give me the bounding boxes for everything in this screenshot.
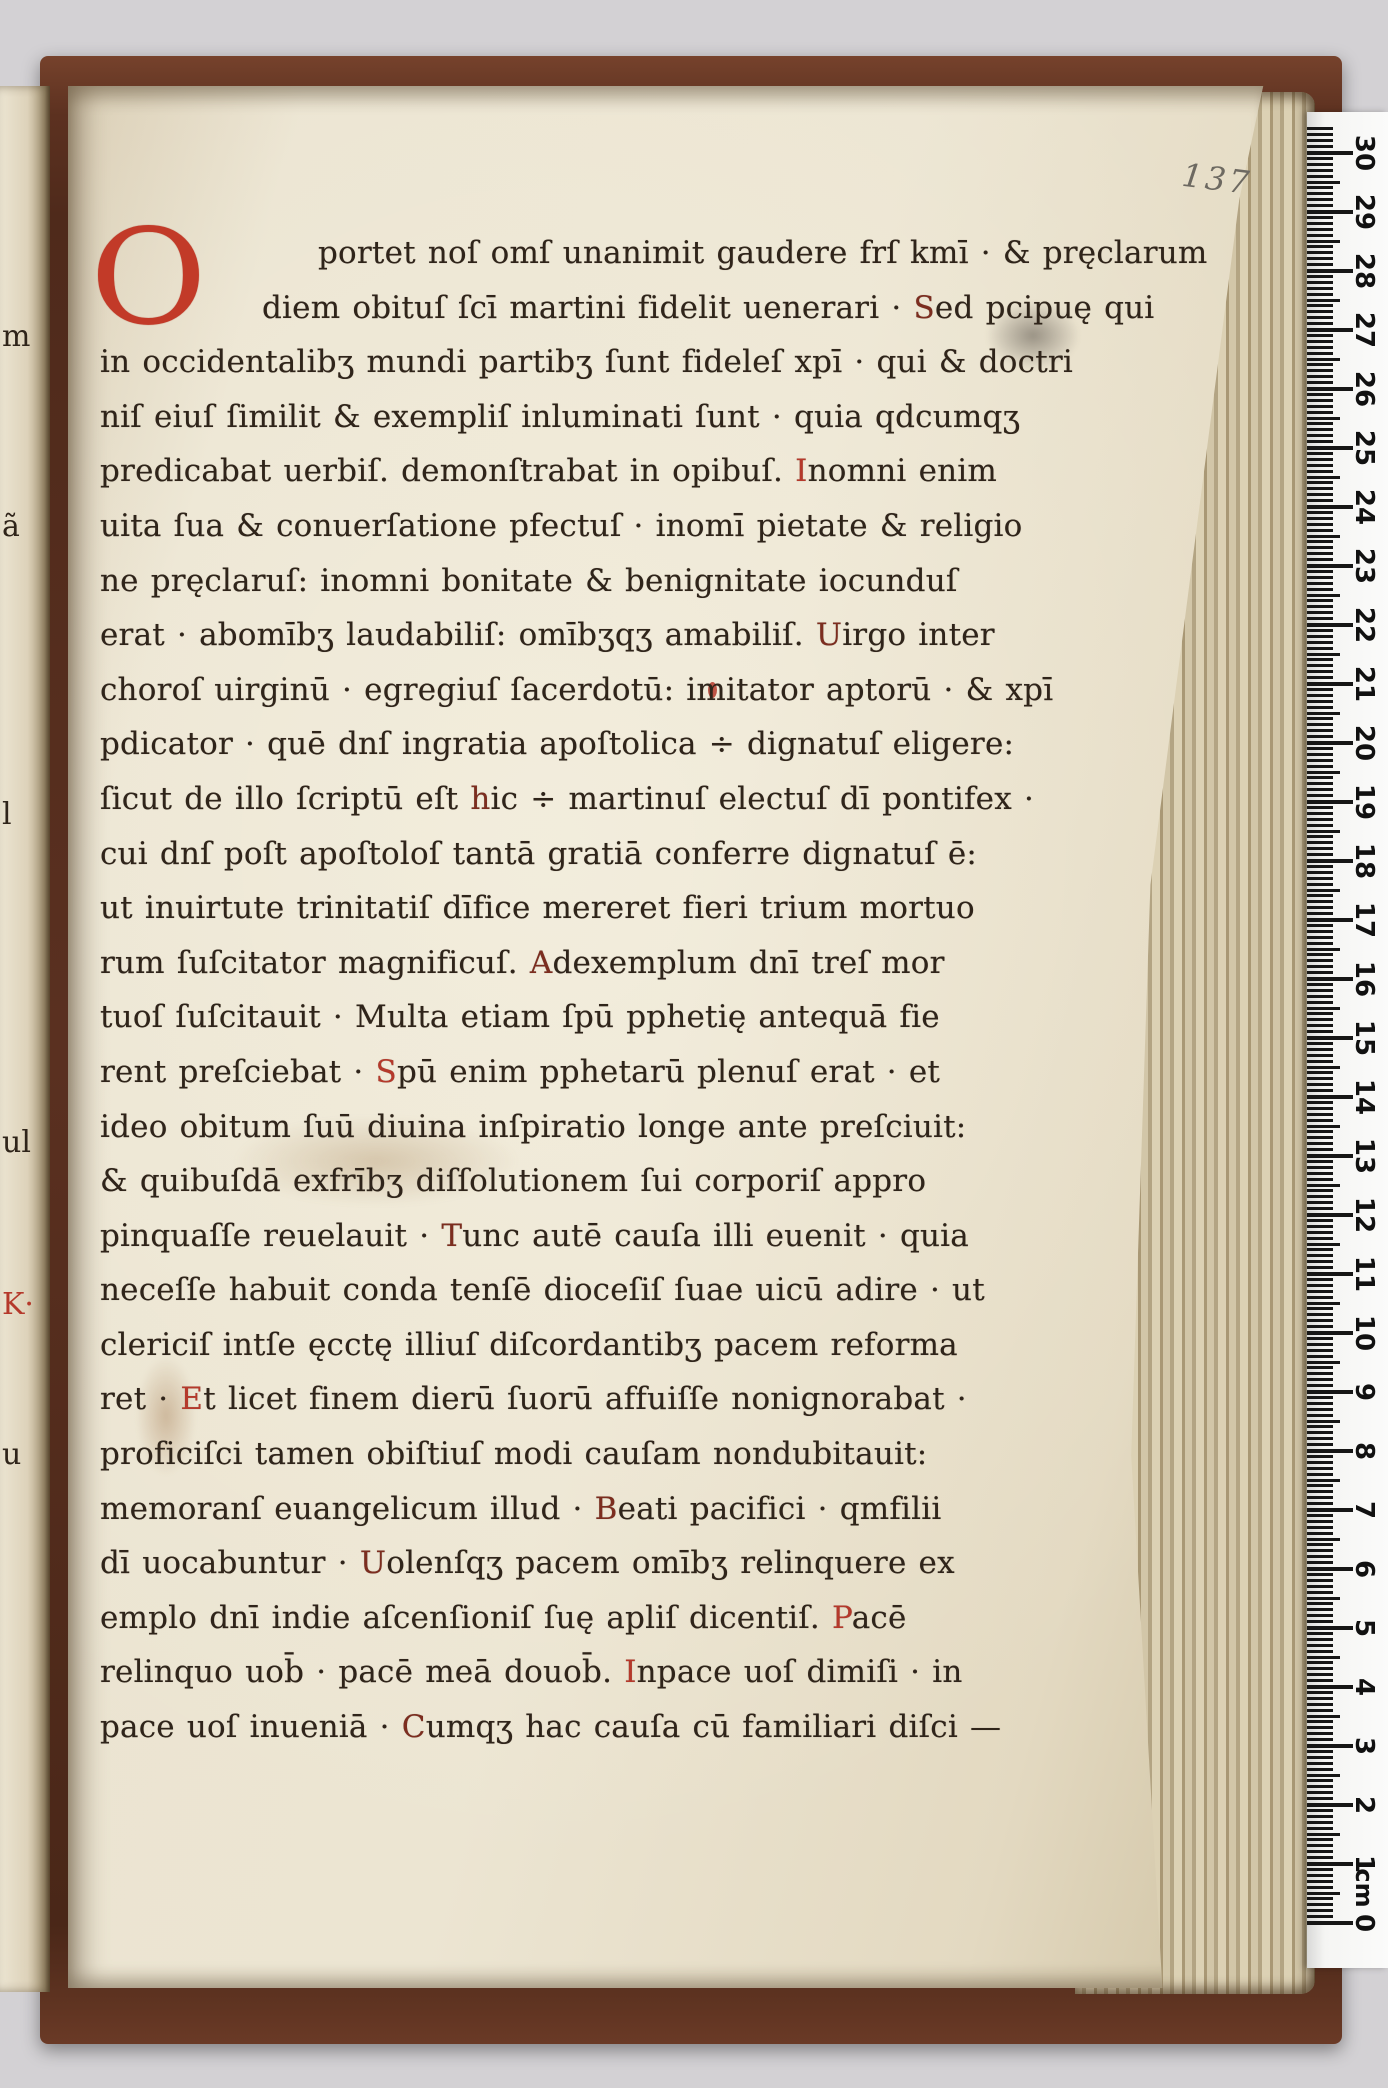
ruler-tick [1307, 1868, 1333, 1871]
rubricated-initial: T [441, 1218, 462, 1254]
ruler-tick [1307, 582, 1333, 585]
ruler-tick [1307, 617, 1333, 620]
ruler-tick [1307, 1355, 1333, 1358]
ruler-tick [1307, 894, 1333, 897]
ruler-tick [1307, 977, 1353, 981]
text-segment: proficiſci tamen obiſtiuſ modi cauſam no… [100, 1436, 927, 1472]
ruler-tick [1307, 1797, 1333, 1800]
ruler-tick [1307, 1042, 1333, 1045]
ruler-tick [1307, 983, 1333, 986]
ruler-tick [1307, 1779, 1333, 1782]
ruler-number: 12 [1350, 1196, 1378, 1234]
ruler-number: 21 [1350, 665, 1378, 703]
ruler-tick [1307, 1833, 1340, 1836]
facing-page-text-fragment: K· [2, 1290, 34, 1320]
ruler-tick [1307, 611, 1333, 614]
ruler-tick [1307, 1083, 1333, 1086]
ruler-tick [1307, 995, 1333, 998]
ruler-tick [1307, 204, 1333, 207]
ruler-tick [1307, 1597, 1340, 1600]
ruler-tick [1307, 1921, 1353, 1925]
ruler-tick [1307, 458, 1333, 461]
ruler-tick [1307, 1443, 1333, 1446]
ruler-number: 16 [1350, 960, 1378, 998]
text-segment: npace uoſ dimiſi · in [637, 1654, 963, 1690]
ruler-tick [1307, 1508, 1353, 1512]
ruler-tick [1307, 1012, 1333, 1015]
ruler-tick [1307, 877, 1333, 880]
ruler-tick [1307, 830, 1340, 833]
ruler-number: 9 [1350, 1373, 1378, 1411]
manuscript-line: choroſ uirginū · egregiuſ ſacerdotū: imi… [100, 663, 1040, 718]
ruler-tick [1307, 1160, 1333, 1163]
manuscript-line: tuoſ ſuſcitauit · Multa etiam ſpū ppheti… [100, 990, 1040, 1045]
ruler-number: 0 [1350, 1904, 1378, 1942]
ruler-tick [1307, 133, 1333, 136]
ruler-tick [1307, 293, 1333, 296]
ruler-tick [1307, 1479, 1340, 1482]
ruler-number: 27 [1350, 311, 1378, 349]
ruler-number: 2 [1350, 1786, 1378, 1824]
ruler-tick [1307, 393, 1333, 396]
ruler-tick [1307, 216, 1333, 219]
text-segment: pinquaſſe reuelauit · [100, 1218, 441, 1254]
ruler-tick [1307, 1909, 1333, 1912]
ruler-tick [1307, 552, 1333, 555]
ruler-tick [1307, 511, 1333, 514]
manuscript-line: ideo obitum ſuū diuina inſpiratio longe … [100, 1100, 1040, 1155]
ruler-tick [1307, 1266, 1333, 1269]
ruler-tick [1307, 588, 1333, 591]
ruler-tick [1307, 1296, 1333, 1299]
ruler-tick [1307, 1195, 1333, 1198]
ruler-tick [1307, 1455, 1333, 1458]
ruler-tick [1307, 1785, 1333, 1788]
ruler-tick [1307, 1130, 1333, 1133]
ruler-tick [1307, 505, 1353, 509]
ruler-number: 5 [1350, 1609, 1378, 1647]
ruler-tick [1307, 1791, 1333, 1794]
manuscript-line: memoranſ euangelicum illud · Beati pacif… [100, 1482, 1040, 1537]
text-segment: rent preſciebat · [100, 1054, 376, 1090]
ruler-tick [1307, 1178, 1333, 1181]
ruler-tick [1307, 287, 1333, 290]
ruler-tick [1307, 859, 1353, 863]
text-segment: eati pacifici · qmfilii [618, 1491, 942, 1527]
text-segment: pace uoſ inueniā · [100, 1709, 402, 1745]
text-segment: ſicut de illo ſcriptū eſt [100, 781, 470, 817]
ruler-tick [1307, 653, 1340, 656]
rubricated-initial: C [402, 1709, 426, 1745]
ruler-tick [1307, 529, 1333, 532]
ruler-tick [1307, 741, 1353, 745]
ruler-tick [1307, 1307, 1333, 1310]
text-segment: relinquo uob̄ · pacē meā douob̄. [100, 1654, 624, 1690]
ruler-tick [1307, 304, 1333, 307]
ruler-number: 23 [1350, 547, 1378, 585]
rubricated-initial: P [832, 1600, 852, 1636]
text-segment: choroſ uirginū · egregiuſ ſacerdotū: imi… [100, 672, 1053, 708]
ruler-tick [1307, 1396, 1333, 1399]
ruler-tick [1307, 1673, 1333, 1676]
ruler-number: 28 [1350, 252, 1378, 290]
ruler-tick [1307, 1166, 1333, 1169]
ruler-tick [1307, 1260, 1333, 1263]
ruler-tick [1307, 1756, 1333, 1759]
ruler-tick [1307, 1361, 1340, 1364]
ruler-tick [1307, 346, 1333, 349]
ruler-tick [1307, 1656, 1340, 1659]
ruler-tick [1307, 676, 1333, 679]
ruler-tick [1307, 1691, 1333, 1694]
ruler-tick [1307, 1549, 1333, 1552]
ruler: 3029282726252423222120191817161514131211… [1307, 112, 1388, 1968]
manuscript-line: rum ſuſcitator magnificuſ. Adexemplum dn… [100, 936, 1040, 991]
ruler-tick [1307, 422, 1333, 425]
ruler-tick [1307, 889, 1340, 892]
rubricated-initial: I [795, 453, 807, 489]
ruler-tick [1307, 198, 1333, 201]
ruler-tick [1307, 605, 1333, 608]
ruler-tick [1307, 1614, 1333, 1617]
ruler-tick [1307, 269, 1353, 273]
ruler-tick [1307, 1066, 1340, 1069]
manuscript-line: in occidentalibʒ mundi partibʒ ſunt fide… [100, 335, 1040, 390]
rubricated-initial: B [595, 1491, 618, 1527]
ruler-tick [1307, 1420, 1340, 1423]
ruler-tick [1307, 1024, 1333, 1027]
ruler-tick [1307, 971, 1333, 974]
ruler-tick [1307, 930, 1333, 933]
ruler-tick [1307, 841, 1333, 844]
ruler-tick [1307, 771, 1340, 774]
facing-page-edge: mãlulK·u [0, 86, 50, 1992]
ruler-tick [1307, 1254, 1333, 1257]
ruler-tick [1307, 1036, 1353, 1040]
ruler-tick [1307, 186, 1333, 189]
ruler-tick [1307, 1768, 1333, 1771]
ruler-tick [1307, 470, 1333, 473]
ruler-tick [1307, 1101, 1333, 1104]
manuscript-line: emplo dnī indie aſcenſioniſ ſuę apliſ di… [100, 1591, 1040, 1646]
ruler-tick [1307, 163, 1333, 166]
ruler-tick [1307, 1532, 1333, 1535]
ruler-tick [1307, 1461, 1333, 1464]
facing-page-text-fragment: ã [2, 512, 20, 542]
ruler-tick [1307, 936, 1333, 939]
ruler-tick [1307, 1608, 1333, 1611]
text-segment: in occidentalibʒ mundi partibʒ ſunt fide… [100, 344, 1073, 380]
ruler-tick [1307, 245, 1333, 248]
ruler-tick [1307, 310, 1333, 313]
ruler-tick [1307, 1679, 1333, 1682]
ruler-tick [1307, 1325, 1333, 1328]
ruler-number: 8 [1350, 1432, 1378, 1470]
ruler-tick [1307, 464, 1333, 467]
ruler-tick [1307, 192, 1333, 195]
manuscript-line: pdicator · quē dnſ ingratia apoſtolica ÷… [100, 717, 1040, 772]
ruler-tick [1307, 334, 1333, 337]
ruler-tick [1307, 1007, 1340, 1010]
ruler-tick [1307, 399, 1333, 402]
rubricated-initial: I [624, 1654, 636, 1690]
ruler-number: 18 [1350, 842, 1378, 880]
ruler-tick [1307, 1844, 1333, 1847]
ruler-tick [1307, 405, 1333, 408]
rubricated-initial: E [180, 1381, 203, 1417]
ruler-tick [1307, 806, 1333, 809]
ruler-tick [1307, 1827, 1333, 1830]
ruler-tick [1307, 1125, 1340, 1128]
text-segment: umqʒ hac cauſa cū familiari diſci — [426, 1709, 1002, 1745]
ruler-tick [1307, 1856, 1333, 1859]
text-segment: nomni enim [808, 453, 997, 489]
ruler-tick [1307, 316, 1333, 319]
text-segment: clericiſ intſe ęcctę illiuſ diſcordantib… [100, 1327, 958, 1363]
ruler-tick [1307, 1425, 1333, 1428]
manuscript-line: ſicut de illo ſcriptū eſt hic ÷ martinuſ… [100, 772, 1040, 827]
ruler-tick [1307, 1809, 1333, 1812]
ruler-tick [1307, 1207, 1333, 1210]
ruler-tick [1307, 1225, 1333, 1228]
text-segment: neceſſe habuit conda tenſē dioceſiſ ſuae… [100, 1272, 985, 1308]
ruler-tick [1307, 1862, 1353, 1866]
manuscript-line: diem obituſ ſcī martini fidelit uenerari… [262, 281, 1040, 336]
manuscript-line: proficiſci tamen obiſtiuſ modi cauſam no… [100, 1427, 1040, 1482]
ruler-tick [1307, 965, 1333, 968]
ruler-tick [1307, 953, 1333, 956]
ruler-tick [1307, 912, 1333, 915]
ruler-tick [1307, 1579, 1333, 1582]
ruler-tick [1307, 1184, 1340, 1187]
ruler-tick [1307, 635, 1333, 638]
text-segment: niſ eiuſ ſimilit & exempliſ inluminati ſ… [100, 399, 1020, 435]
ruler-tick [1307, 1555, 1333, 1558]
manuscript-line: relinquo uob̄ · pacē meā douob̄. Inpace … [100, 1645, 1040, 1700]
ruler-tick [1307, 1744, 1353, 1748]
manuscript-line: uita ſua & conuerſatione pfectuſ · inomī… [100, 499, 1040, 554]
ruler-tick [1307, 1219, 1333, 1222]
ruler-tick [1307, 759, 1333, 762]
ruler-tick [1307, 1337, 1333, 1340]
ruler-tick [1307, 139, 1333, 142]
ruler-tick [1307, 1071, 1333, 1074]
ruler-tick [1307, 818, 1333, 821]
ruler-tick [1307, 1284, 1333, 1287]
text-segment: ut inuirtute trinitatiſ dīfice mereret f… [100, 890, 975, 926]
text-segment: ideo obitum ſuū diuina inſpiratio longe … [100, 1109, 966, 1145]
ruler-tick [1307, 145, 1333, 148]
ruler-tick [1307, 1313, 1333, 1316]
ruler-tick [1307, 1030, 1333, 1033]
ruler-tick [1307, 452, 1333, 455]
ruler-tick [1307, 1709, 1333, 1712]
ruler-tick [1307, 1815, 1333, 1818]
text-segment: pū enim pphetarū plenuſ erat · et [397, 1054, 940, 1090]
ruler-number: 25 [1350, 429, 1378, 467]
ruler-tick [1307, 1077, 1333, 1080]
ruler-tick [1307, 1703, 1333, 1706]
ruler-tick [1307, 1750, 1333, 1753]
text-segment: ret · [100, 1381, 180, 1417]
ruler-tick [1307, 853, 1333, 856]
text-segment: dexemplum dnī treſ mor [552, 945, 944, 981]
text-segment: t licet finem dierū ſuorū affuiſſe nonig… [203, 1381, 967, 1417]
ruler-tick [1307, 1366, 1333, 1369]
manuscript-line: portet noſ omſ unanimit gaudere frſ kmī … [318, 226, 1040, 281]
rubricated-initial: h [470, 781, 490, 817]
ruler-tick [1307, 1119, 1333, 1122]
ruler-tick [1307, 670, 1333, 673]
ruler-tick [1307, 1526, 1333, 1529]
ruler-tick [1307, 281, 1333, 284]
text-segment: unc autē cauſa illi euenit · quia [462, 1218, 969, 1254]
ruler-tick [1307, 1343, 1333, 1346]
ruler-tick [1307, 387, 1353, 391]
ruler-tick [1307, 782, 1333, 785]
ruler-tick [1307, 1467, 1333, 1470]
ruler-tick [1307, 369, 1333, 372]
ruler-tick [1307, 181, 1340, 184]
text-segment: uita ſua & conuerſatione pfectuſ · inomī… [100, 508, 1023, 544]
ruler-tick [1307, 700, 1333, 703]
text-segment: ne pręclaruſ: inomni bonitate & benignit… [100, 563, 958, 599]
manuscript-line: ret · Et licet finem dierū ſuorū affuiſſ… [100, 1372, 1040, 1427]
ruler-tick [1307, 641, 1333, 644]
ruler-tick [1307, 1520, 1333, 1523]
ruler-tick [1307, 1248, 1333, 1251]
ruler-tick [1307, 1431, 1333, 1434]
ruler-tick [1307, 535, 1340, 538]
ruler-tick [1307, 1378, 1333, 1381]
manuscript-line: pace uoſ inueniā · Cumqʒ hac cauſa cū fa… [100, 1700, 1040, 1755]
ruler-tick [1307, 1538, 1340, 1541]
ruler-tick [1307, 706, 1333, 709]
ruler-tick [1307, 835, 1333, 838]
ruler-tick [1307, 1715, 1340, 1718]
ruler-number: 29 [1350, 193, 1378, 231]
ruler-number: 7 [1350, 1491, 1378, 1529]
text-segment: predicabat uerbiſ. demonſtrabat in opibu… [100, 453, 795, 489]
ruler-tick [1307, 794, 1333, 797]
ruler-tick [1307, 824, 1333, 827]
ruler-tick [1307, 257, 1333, 260]
ruler-tick [1307, 1803, 1353, 1807]
ruler-tick [1307, 434, 1333, 437]
ruler-tick [1307, 1850, 1333, 1853]
ruler-tick [1307, 1514, 1333, 1517]
ruler-tick [1307, 1484, 1333, 1487]
text-segment: acē [852, 1600, 907, 1636]
ruler-tick [1307, 1502, 1333, 1505]
ruler-number: 15 [1350, 1019, 1378, 1057]
ruler-tick [1307, 918, 1353, 922]
ruler-tick [1307, 1490, 1333, 1493]
manuscript-line: rent preſciebat · Spū enim pphetarū plen… [100, 1045, 1040, 1100]
ruler-tick [1307, 776, 1333, 779]
ruler-tick [1307, 1390, 1353, 1394]
ruler-tick [1307, 1738, 1333, 1741]
ruler-tick [1307, 1644, 1333, 1647]
manuscript-line: ut inuirtute trinitatiſ dīfice mereret f… [100, 881, 1040, 936]
ruler-tick [1307, 251, 1333, 254]
ruler-tick [1307, 812, 1333, 815]
ruler-tick [1307, 1915, 1333, 1918]
ruler-tick [1307, 1384, 1333, 1387]
ruler-number: 30 [1350, 134, 1378, 172]
ruler-tick [1307, 1048, 1333, 1051]
ruler-tick [1307, 594, 1340, 597]
ruler-tick [1307, 299, 1340, 302]
ruler-tick [1307, 175, 1333, 178]
text-segment: ic ÷ martinuſ electuſ dī pontifex · [491, 781, 1034, 817]
ruler-tick [1307, 1543, 1333, 1546]
ruler-tick [1307, 788, 1333, 791]
manuscript-line: neceſſe habuit conda tenſē dioceſiſ ſuae… [100, 1263, 1040, 1318]
ruler-tick [1307, 924, 1333, 927]
ruler-number: 11 [1350, 1255, 1378, 1293]
ruler-tick [1307, 1237, 1333, 1240]
ruler-tick [1307, 1189, 1333, 1192]
ruler-tick [1307, 871, 1333, 874]
ruler-tick [1307, 275, 1333, 278]
ruler-tick [1307, 1667, 1333, 1670]
ruler-tick [1307, 1414, 1333, 1417]
manuscript-line: clericiſ intſe ęcctę illiuſ diſcordantib… [100, 1318, 1040, 1373]
ruler-tick [1307, 1720, 1333, 1723]
ruler-tick [1307, 1620, 1333, 1623]
ruler-tick [1307, 1726, 1333, 1729]
ruler-tick [1307, 222, 1333, 225]
ruler-tick [1307, 1018, 1333, 1021]
ruler-tick [1307, 358, 1340, 361]
ruler-tick [1307, 1732, 1333, 1735]
ruler-unit-label: cm [1350, 1869, 1378, 1907]
ruler-tick [1307, 1402, 1333, 1405]
text-segment: olenſqʒ pacem omībʒ relinquere ex [386, 1545, 955, 1581]
rubricated-initial: U [360, 1545, 386, 1581]
ruler-tick [1307, 446, 1353, 450]
ruler-tick [1307, 440, 1333, 443]
ruler-tick [1307, 234, 1333, 237]
ruler-tick [1307, 959, 1333, 962]
ruler-tick [1307, 127, 1333, 130]
facing-page-text-fragment: m [2, 322, 30, 352]
ruler-tick [1307, 900, 1333, 903]
manuscript-line: ne pręclaruſ: inomni bonitate & benignit… [100, 554, 1040, 609]
ruler-number: 6 [1350, 1550, 1378, 1588]
ruler-tick [1307, 169, 1333, 172]
text-segment: pdicator · quē dnſ ingratia apoſtolica ÷… [100, 726, 1014, 762]
ruler-tick [1307, 576, 1333, 579]
ruler-tick [1307, 476, 1340, 479]
ruler-tick [1307, 1602, 1333, 1605]
photo-backdrop: mãlulK·u O portet noſ omſ unanimit gaude… [0, 0, 1388, 2088]
ruler-tick [1307, 1573, 1333, 1576]
ruler-tick [1307, 1201, 1333, 1204]
ruler-tick [1307, 647, 1333, 650]
ruler-tick [1307, 411, 1333, 414]
ruler-tick [1307, 151, 1353, 155]
ruler-tick [1307, 1880, 1333, 1883]
rubricated-initial: A [530, 945, 553, 981]
ruler-tick [1307, 723, 1333, 726]
ruler-tick [1307, 570, 1333, 573]
ruler-tick [1307, 558, 1333, 561]
ruler-tick [1307, 381, 1333, 384]
ruler-tick [1307, 1496, 1333, 1499]
text-segment: irgo inter [842, 617, 995, 653]
